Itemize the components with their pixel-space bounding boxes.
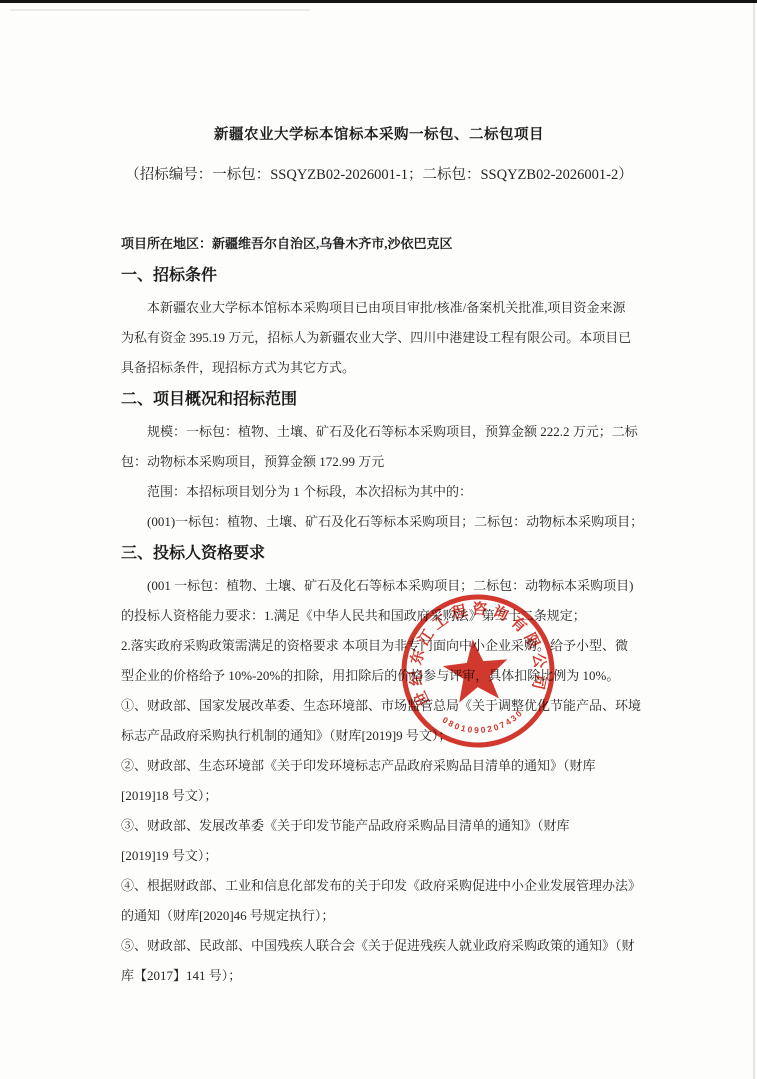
text-line: ③、财政部、发展改革委《关于印发节能产品政府采购品目清单的通知》（财库 xyxy=(121,811,637,841)
scan-right-edge-artifact xyxy=(753,3,755,1079)
text-line: 为私有资金 395.19 万元，招标人为新疆农业大学、四川中港建设工程有限公司。… xyxy=(121,323,637,353)
text-line: (001 一标包：植物、土壤、矿石及化石等标本采购项目；二标包：动物标本采购项目… xyxy=(121,571,637,601)
text-line: ⑤、财政部、民政部、中国残疾人联合会《关于促进残疾人就业政府采购政策的通知》（财 xyxy=(121,931,637,961)
text-line: ④、根据财政部、工业和信息化部发布的关于印发《政府采购促进中小企业发展管理办法》 xyxy=(121,871,637,901)
section-heading: 三、投标人资格要求 xyxy=(121,539,637,569)
text-line: [2019]19 号文）； xyxy=(121,841,637,871)
text-line: 范围：本招标项目划分为 1 个标段，本次招标为其中的： xyxy=(121,477,637,507)
text-line: 库【2017】141 号）； xyxy=(121,961,637,991)
project-location-line: 项目所在地区：新疆维吾尔自治区,乌鲁木齐市,沙依巴克区 xyxy=(121,229,637,259)
document-body: 新疆农业大学标本馆标本采购一标包、二标包项目 （招标编号：一标包：SSQYZB0… xyxy=(121,0,637,991)
text-line: [2019]18 号文）； xyxy=(121,781,637,811)
text-line: 包：动物标本采购项目，预算金额 172.99 万元 xyxy=(121,447,637,477)
text-line: 本新疆农业大学标本馆标本采购项目已由项目审批/核准/备案机关批准,项目资金来源 xyxy=(121,293,637,323)
document-sections: 一、招标条件本新疆农业大学标本馆标本采购项目已由项目审批/核准/备案机关批准,项… xyxy=(121,261,637,991)
text-line: 规模：一标包：植物、土壤、矿石及化石等标本采购项目，预算金额 222.2 万元；… xyxy=(121,417,637,447)
text-line: 的投标人资格能力要求：1.满足《中华人民共和国政府采购法》第二十二条规定； xyxy=(121,601,637,631)
text-line: (001)一标包：植物、土壤、矿石及化石等标本采购项目；二标包：动物标本采购项目… xyxy=(121,507,637,537)
section-heading: 一、招标条件 xyxy=(121,261,637,291)
text-line: 的通知（财库[2020]46 号规定执行）； xyxy=(121,901,637,931)
seal-star-icon xyxy=(441,636,512,704)
text-line: 具备招标条件，现招标方式为其它方式。 xyxy=(121,353,637,383)
text-line: ②、财政部、生态环境部《关于印发环境标志产品政府采购品目清单的通知》（财库 xyxy=(121,751,637,781)
scanned-document-page: 新疆农业大学标本馆标本采购一标包、二标包项目 （招标编号：一标包：SSQYZB0… xyxy=(0,0,757,1079)
section-heading: 二、项目概况和招标范围 xyxy=(121,385,637,415)
page-title: 新疆农业大学标本馆标本采购一标包、二标包项目 xyxy=(121,125,637,145)
red-official-seal-stamp: 世纪东江工程咨询有限公司 0801090207430 xyxy=(390,583,566,759)
text-line: 2.落实政府采购政策需满足的资格要求 本项目为非专门面向中小企业采购。给予小型、… xyxy=(121,631,637,661)
tender-number-subtitle: （招标编号：一标包：SSQYZB02-2026001-1；二标包：SSQYZB0… xyxy=(121,165,637,185)
